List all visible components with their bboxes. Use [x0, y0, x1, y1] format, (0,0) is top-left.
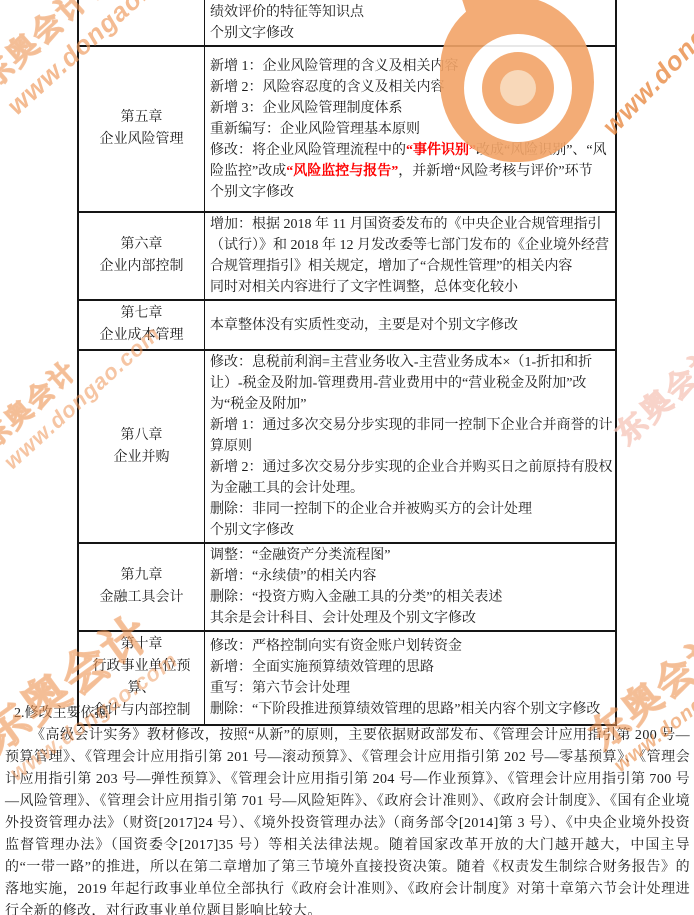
entry-text: 新增：全面实施预算绩效管理的思路 [210, 660, 434, 675]
table-row: 第九章金融工具会计调整：“金融资产分类流程图”新增：“永续债”的相关内容删除：“… [79, 542, 615, 630]
chapter-name: 第九章 [121, 565, 163, 587]
revision-entry: 其余是会计科目、会计处理及个别文字修改 [210, 608, 613, 629]
chapter-name: 第七章 [121, 303, 163, 325]
highlighted-term: “风险监控与报告” [286, 164, 398, 179]
chapter-name: 第五章 [121, 107, 163, 129]
entry-text: 新增 1：企业风险管理的含义及相关内容 [210, 59, 459, 74]
entry-text: 重新编写：企业风险管理基本原则 [210, 122, 420, 137]
chapter-name: 第六章 [121, 234, 163, 256]
revision-entry: 个别文字修改 [210, 23, 613, 44]
revision-entry: 删除：非同一控制下的企业合并被购买方的会计处理 [210, 499, 613, 520]
table-row: 第六章企业内部控制增加：根据 2018 年 11 月国资委发布的《中央企业合规管… [79, 211, 615, 299]
revision-cell: 绩效评价的特征等知识点个别文字修改 [205, 0, 615, 45]
entry-text: 修改：严格控制向实有资金账户划转资金 [210, 639, 462, 654]
revision-entry: 调整：“金融资产分类流程图” [210, 545, 613, 566]
revision-entry: 个别文字修改 [210, 182, 613, 203]
revision-entry: 新增 3：企业风险管理制度体系 [210, 98, 613, 119]
entry-text: 修改：息税前利润=主营业务收入-主营业务成本×（1-折扣和折让）-税金及附加-管… [210, 355, 592, 412]
entry-text: 个别文字修改 [210, 523, 294, 538]
chapter-cell: 第九章金融工具会计 [79, 544, 205, 630]
highlighted-term: “事件识别” [406, 143, 476, 158]
chapter-name: 金融工具会计 [100, 587, 184, 609]
section-heading: 2.修改主要依据 [14, 703, 694, 725]
revision-cell: 增加：根据 2018 年 11 月国资委发布的《中央企业合规管理指引（试行）》和… [205, 213, 615, 299]
entry-text: 个别文字修改 [210, 26, 294, 41]
table-row: 绩效评价的特征等知识点个别文字修改 [79, 0, 615, 45]
basis-section: 2.修改主要依据 《高级会计实务》教材修改，按照“从新”的原则，主要依据财政部发… [0, 699, 694, 915]
chapter-cell [79, 0, 205, 45]
chapter-name: 企业风险管理 [100, 129, 184, 151]
entry-text: 本章整体没有实质性变动，主要是对个别文字修改 [210, 318, 518, 333]
entry-text: 新增 3：企业风险管理制度体系 [210, 101, 403, 116]
entry-text: 个别文字修改 [210, 185, 294, 200]
revision-entry: 修改：将企业风险管理流程中的“事件识别”改成“风险识别”、“风险监控”改成“风险… [210, 140, 613, 182]
entry-text: 其余是会计科目、会计处理及个别文字修改 [210, 611, 476, 626]
entry-text: 新增 2：通过多次交易分步实现的企业合并购买日之前原持有股权为金融工具的会计处理… [210, 460, 613, 496]
entry-text: 修改：将企业风险管理流程中的 [210, 143, 406, 158]
chapter-name: 企业成本管理 [100, 325, 184, 347]
chapter-name: 企业内部控制 [100, 256, 184, 278]
revision-entry: 重写：第六节会计处理 [210, 678, 613, 699]
document-page: 东奥会计在线 www.dongao.com www.dongao.com 东奥会… [0, 0, 694, 915]
revision-cell: 修改：息税前利润=主营业务收入-主营业务成本×（1-折扣和折让）-税金及附加-管… [205, 351, 615, 542]
entry-text: 绩效评价的特征等知识点 [210, 5, 364, 20]
revision-entry: 重新编写：企业风险管理基本原则 [210, 119, 613, 140]
chapter-name: 第十章 [121, 634, 163, 656]
chapter-name: 行政事业单位预算、 [81, 656, 202, 700]
entry-text: 新增 1：通过多次交易分步实现的非同一控制下企业合并商誉的计算原则 [210, 418, 613, 454]
revision-cell: 调整：“金融资产分类流程图”新增：“永续债”的相关内容删除：“投资方购入金融工具… [205, 544, 615, 630]
revision-table: 绩效评价的特征等知识点个别文字修改第五章企业风险管理新增 1：企业风险管理的含义… [77, 0, 617, 726]
revision-entry: 新增：“永续债”的相关内容 [210, 566, 613, 587]
revision-entry: 本章整体没有实质性变动，主要是对个别文字修改 [210, 315, 613, 336]
chapter-name: 企业并购 [114, 447, 170, 469]
revision-entry: 修改：严格控制向实有资金账户划转资金 [210, 636, 613, 657]
watermark-mid-right: 东奥会计在线 [604, 288, 694, 453]
entry-text: 删除：“投资方购入金融工具的分类”的相关表述 [210, 590, 502, 605]
revision-entry: 新增：全面实施预算绩效管理的思路 [210, 657, 613, 678]
revision-entry: 新增 2：通过多次交易分步实现的企业合并购买日之前原持有股权为金融工具的会计处理… [210, 457, 613, 499]
entry-text: 新增：“永续债”的相关内容 [210, 569, 376, 584]
revision-entry: 新增 1：企业风险管理的含义及相关内容 [210, 56, 613, 77]
revision-entry: 修改：息税前利润=主营业务收入-主营业务成本×（1-折扣和折让）-税金及附加-管… [210, 352, 613, 415]
revision-entry: 新增 2：风险容忍度的含义及相关内容 [210, 77, 613, 98]
entry-text: 删除：非同一控制下的企业合并被购买方的会计处理 [210, 502, 532, 517]
revision-entry: 绩效评价的特征等知识点 [210, 2, 613, 23]
table-row: 第五章企业风险管理新增 1：企业风险管理的含义及相关内容新增 2：风险容忍度的含… [79, 45, 615, 211]
revision-entry: 删除：“投资方购入金融工具的分类”的相关表述 [210, 587, 613, 608]
section-paragraph: 《高级会计实务》教材修改，按照“从新”的原则，主要依据财政部发布、《管理会计应用… [5, 725, 690, 915]
revision-entry: 个别文字修改 [210, 520, 613, 541]
entry-text: ，并新增“风险考核与评价”环节 [398, 164, 592, 179]
table-row: 第七章企业成本管理本章整体没有实质性变动，主要是对个别文字修改 [79, 299, 615, 349]
chapter-cell: 第五章企业风险管理 [79, 47, 205, 211]
entry-text: 调整：“金融资产分类流程图” [210, 548, 390, 563]
chapter-cell: 第八章企业并购 [79, 351, 205, 542]
revision-cell: 新增 1：企业风险管理的含义及相关内容新增 2：风险容忍度的含义及相关内容新增 … [205, 47, 615, 211]
table-row: 第八章企业并购修改：息税前利润=主营业务收入-主营业务成本×（1-折扣和折让）-… [79, 349, 615, 542]
entry-text: 增加：根据 2018 年 11 月国资委发布的《中央企业合规管理指引（试行）》和… [210, 217, 609, 274]
chapter-cell: 第七章企业成本管理 [79, 301, 205, 349]
chapter-name: 第八章 [121, 425, 163, 447]
dongao-brand-watermark: 东奥会计在线 [604, 288, 694, 453]
revision-entry: 同时对相关内容进行了文字性调整，总体变化较小 [210, 277, 613, 298]
chapter-cell: 第六章企业内部控制 [79, 213, 205, 299]
entry-text: 重写：第六节会计处理 [210, 681, 350, 696]
revision-entry: 新增 1：通过多次交易分步实现的非同一控制下企业合并商誉的计算原则 [210, 415, 613, 457]
revision-entry: 增加：根据 2018 年 11 月国资委发布的《中央企业合规管理指引（试行）》和… [210, 214, 613, 277]
entry-text: 新增 2：风险容忍度的含义及相关内容 [210, 80, 445, 95]
revision-cell: 本章整体没有实质性变动，主要是对个别文字修改 [205, 301, 615, 349]
entry-text: 同时对相关内容进行了文字性调整，总体变化较小 [210, 280, 518, 295]
